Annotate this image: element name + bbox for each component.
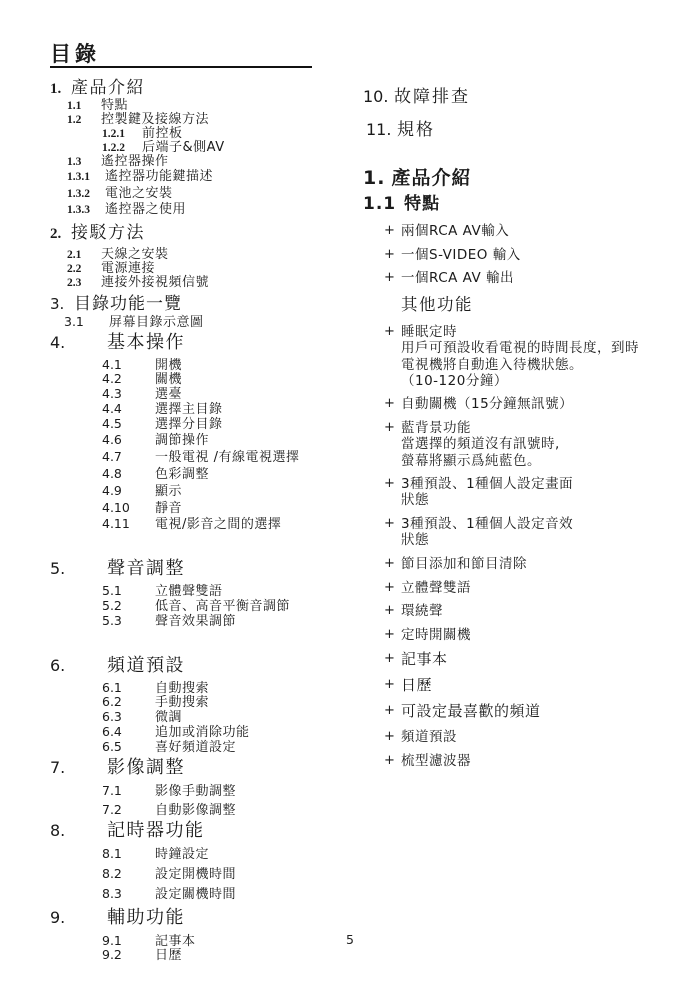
feature-text: 定時開關機 (401, 627, 471, 643)
subsection-heading: 1.1特點 (363, 193, 683, 215)
toc-item-label: 基本操作 (107, 331, 185, 354)
toc-item-number: 1. (50, 79, 71, 99)
toc-item-label: 特點 (101, 99, 128, 113)
toc-item-label: 開機 (155, 359, 182, 373)
toc-item-number: 11. (366, 119, 397, 141)
toc-item-number: 2. (50, 224, 71, 244)
toc-item-number: 6.4 (102, 725, 155, 739)
feature-text: 梳型濾波器 (401, 753, 471, 769)
toc-item-number: 8.1 (102, 847, 155, 861)
toc-item: 1.2.2 后端子&側AV (50, 141, 350, 155)
toc-item-number: 1.2.2 (102, 141, 142, 155)
toc-item-label: 輔助功能 (107, 906, 185, 929)
toc-item-number: 3. (50, 294, 74, 314)
toc-item: 6.1 自動搜索 (50, 681, 350, 696)
toc-item: 1.3.1 遙控器功能鍵描述 (50, 169, 350, 186)
feature-item: + 環繞聲 (363, 603, 683, 619)
toc-item-label: 選擇分目錄 (155, 418, 223, 432)
toc-item-number: 1.2.1 (102, 127, 142, 141)
toc-item: 5.2 低音、高音平衡音調節 (50, 599, 350, 614)
plus-bullet-icon: + (384, 580, 401, 596)
toc-item: 4.3 選臺 (50, 387, 350, 402)
feature-text: 藍背景功能 當選擇的頻道沒有訊號時, 螢幕將顯示爲純藍色。 (401, 420, 560, 469)
toc-item-number: 6.1 (102, 681, 155, 695)
toc-item-number: 4.10 (102, 501, 155, 515)
plus-bullet-icon: + (384, 729, 401, 745)
toc-item-label: 電視/影音之間的選擇 (155, 518, 281, 532)
toc-item: 4.5 選擇分目錄 (50, 417, 350, 432)
toc-item-label: 靜音 (155, 502, 182, 516)
toc-item-label: 選臺 (155, 388, 182, 402)
plus-bullet-icon: + (384, 247, 401, 263)
toc-item-number: 7.2 (102, 803, 155, 817)
plus-bullet-icon: + (384, 223, 401, 239)
toc-item: 4.8 色彩調整 (50, 467, 350, 482)
toc-item: 6.3 微調 (50, 710, 350, 725)
feature-text: 立體聲雙語 (401, 580, 471, 596)
section-heading: 1.產品介紹 (363, 166, 683, 190)
toc-item-number: 4.1 (102, 358, 155, 372)
feature-text: 可設定最喜歡的頻道 (401, 703, 541, 719)
toc-item-label: 頻道預設 (107, 654, 185, 677)
page-number: 5 (0, 932, 700, 947)
toc-item-number: 5.3 (102, 614, 155, 628)
toc-item-label: 色彩調整 (155, 468, 209, 482)
toc-item-label: 自動影像調整 (155, 804, 236, 818)
toc-item-label: 聲音調整 (107, 557, 185, 580)
toc-item-label: 影像調整 (107, 756, 185, 779)
toc-item-label: 連接外接視頻信號 (101, 276, 209, 290)
toc-item: 5.3 聲音效果調節 (50, 614, 350, 629)
toc-item: 6.4 追加或消除功能 (50, 725, 350, 740)
toc-item-label: 規格 (397, 119, 435, 141)
toc-item-number: 1.2 (67, 113, 101, 127)
toc-item: 4.9 顯示 (50, 484, 350, 499)
toc-item-number: 6.5 (102, 740, 155, 754)
toc-item-label: 設定開機時間 (155, 868, 236, 882)
toc-item: 10. 故障排查 (363, 86, 683, 108)
feature-item: + 節目添加和節目清除 (363, 556, 683, 572)
toc-item-label: 微調 (155, 711, 182, 725)
toc-item: 11. 規格 (363, 119, 683, 141)
toc-item-label: 設定關機時間 (155, 888, 236, 902)
toc-item: 5.1 立體聲雙語 (50, 584, 350, 599)
toc-item-number: 6.2 (102, 695, 155, 709)
section-number: 1. (363, 167, 385, 189)
feature-text: 自動關機（15分鐘無訊號） (401, 396, 573, 412)
toc-item-number: 6.3 (102, 710, 155, 724)
feature-item: + 頻道預設 (363, 729, 683, 745)
toc-item-number: 1.3.3 (67, 203, 105, 219)
feature-item: + 3種預設、1種個人設定音效 狀態 (363, 516, 683, 548)
toc-item-label: 聲音效果調節 (155, 615, 236, 629)
toc-item-number: 2.1 (67, 248, 101, 262)
toc-item-number: 5.1 (102, 584, 155, 598)
feature-text: 頻道預設 (401, 729, 457, 745)
plus-bullet-icon: + (384, 476, 401, 508)
feature-text: 環繞聲 (401, 603, 443, 619)
toc-item-label: 故障排查 (394, 86, 470, 108)
toc-item: 4.11 電視/影音之間的選擇 (50, 517, 350, 532)
feature-item: + 可設定最喜歡的頻道 (363, 703, 683, 719)
toc-item-label: 目錄功能一覽 (74, 294, 182, 314)
toc-item-label: 接駁方法 (71, 223, 145, 243)
feature-item: + 兩個RCA AV輸入 (363, 223, 683, 239)
section-title: 產品介紹 (391, 167, 471, 189)
toc-item-label: 選擇主目錄 (155, 403, 223, 417)
toc-item-label: 關機 (155, 373, 182, 387)
toc-item: 3. 目錄功能一覽 (50, 294, 350, 314)
toc-item-label: 遙控器功能鍵描述 (105, 169, 213, 185)
toc-item-label: 時鐘設定 (155, 848, 209, 862)
toc-item: 1.2 控製鍵及接線方法 (50, 113, 350, 127)
toc-item-number: 4.6 (102, 433, 155, 447)
toc-item-number: 4.8 (102, 467, 155, 481)
toc-item: 4.7 一般電視 /有線電視選擇 (50, 450, 350, 465)
feature-item: + 睡眠定時 用戶可預設收看電視的時間長度，到時 電視機將自動進入待機狀態。 （… (363, 324, 683, 389)
toc-item-number: 2.3 (67, 276, 101, 290)
toc-item-number: 10. (363, 86, 394, 108)
toc-item: 5. 聲音調整 (50, 557, 350, 580)
toc-item: 9.2 日歷 (50, 948, 350, 963)
feature-item: + 定時開關機 (363, 627, 683, 643)
plus-bullet-icon: + (384, 703, 401, 719)
plus-bullet-icon: + (384, 627, 401, 643)
toc-item: 4. 基本操作 (50, 331, 350, 354)
toc-item-number: 3.1 (64, 314, 109, 329)
toc-item: 6.5 喜好頻道設定 (50, 740, 350, 755)
toc-item-label: 控製鍵及接線方法 (101, 113, 209, 127)
feature-text: 一個S-VIDEO 輸入 (401, 247, 521, 263)
toc-item-label: 遙控器操作 (101, 155, 169, 169)
feature-text: 睡眠定時 用戶可預設收看電視的時間長度，到時 電視機將自動進入待機狀態。 （10… (401, 324, 639, 389)
other-functions-heading: 其他功能 (401, 294, 683, 316)
plus-bullet-icon: + (384, 651, 401, 667)
toc-item-label: 電源連接 (101, 262, 155, 276)
feature-text: 3種預設、1種個人設定畫面 狀態 (401, 476, 573, 508)
toc-item: 1. 產品介紹 (50, 78, 350, 99)
toc-item-number: 4.9 (102, 484, 155, 498)
toc-item-label: 低音、高音平衡音調節 (155, 600, 290, 614)
plus-bullet-icon: + (384, 603, 401, 619)
plus-bullet-icon: + (384, 677, 401, 693)
toc-item-label: 前控板 (142, 127, 183, 141)
toc-item: 9. 輔助功能 (50, 906, 350, 929)
toc-item: 8. 記時器功能 (50, 819, 350, 842)
plus-bullet-icon: + (384, 516, 401, 548)
plus-bullet-icon: + (384, 324, 401, 389)
toc-item-number: 6. (50, 654, 107, 677)
toc-item: 4.6 調節操作 (50, 433, 350, 448)
toc-item: 8.1 時鐘設定 (50, 847, 350, 862)
toc-item: 4.2 關機 (50, 372, 350, 387)
toc-item-label: 影像手動調整 (155, 785, 236, 799)
plus-bullet-icon: + (384, 753, 401, 769)
feature-item: + 立體聲雙語 (363, 580, 683, 596)
other-feature-list: + 睡眠定時 用戶可預設收看電視的時間長度，到時 電視機將自動進入待機狀態。 （… (363, 324, 683, 769)
toc-item-number: 5. (50, 557, 107, 580)
toc-item: 2.1 天線之安裝 (50, 248, 350, 262)
feature-text: 3種預設、1種個人設定音效 狀態 (401, 516, 573, 548)
toc-item-label: 立體聲雙語 (155, 585, 223, 599)
toc-left-column: 1. 產品介紹 1.1 特點 1.2 控製鍵及接線方法 1.2.1 前控板 1.… (50, 76, 350, 963)
toc-item: 1.3.3 遙控器之使用 (50, 202, 350, 219)
plus-bullet-icon: + (384, 270, 401, 286)
feature-item: + 一個RCA AV 輸出 (363, 270, 683, 286)
feature-item: + 3種預設、1種個人設定畫面 狀態 (363, 476, 683, 508)
toc-item-label: 手動搜索 (155, 696, 209, 710)
toc-item-number: 2.2 (67, 262, 101, 276)
feature-item: + 一個S-VIDEO 輸入 (363, 247, 683, 263)
toc-item: 8.3 設定關機時間 (50, 887, 350, 902)
feature-text: 兩個RCA AV輸入 (401, 223, 509, 239)
toc-item-number: 8.2 (102, 867, 155, 881)
toc-item-number: 4. (50, 331, 107, 354)
toc-item-number: 9. (50, 906, 107, 929)
toc-item-number: 8. (50, 819, 107, 842)
subsection-number: 1.1 (363, 194, 396, 214)
toc-right-rows: 10. 故障排查 11. 規格 (363, 86, 683, 141)
feature-item: + 記事本 (363, 651, 683, 667)
toc-item-label: 一般電視 /有線電視選擇 (155, 451, 300, 465)
feature-item: + 藍背景功能 當選擇的頻道沒有訊號時, 螢幕將顯示爲純藍色。 (363, 420, 683, 469)
toc-item: 2. 接駁方法 (50, 223, 350, 244)
toc-item: 4.4 選擇主目錄 (50, 402, 350, 417)
toc-item: 7.2 自動影像調整 (50, 803, 350, 818)
toc-item-label: 產品介紹 (71, 78, 145, 98)
toc-item-number: 1.3 (67, 155, 101, 169)
feature-text: 節目添加和節目清除 (401, 556, 527, 572)
toc-item: 6.2 手動搜索 (50, 695, 350, 710)
title-underline (50, 66, 312, 68)
feature-item: + 梳型濾波器 (363, 753, 683, 769)
toc-item-number: 4.7 (102, 450, 155, 464)
toc-item-label: 記時器功能 (107, 819, 205, 842)
toc-item-label: 電池之安裝 (105, 186, 173, 202)
toc-item-number: 5.2 (102, 599, 155, 613)
toc-item: 4.10 靜音 (50, 501, 350, 516)
toc-item-label: 后端子&側AV (142, 141, 225, 155)
toc-item-label: 天線之安裝 (101, 248, 169, 262)
toc-item-number: 8.3 (102, 887, 155, 901)
toc-item-number: 4.2 (102, 372, 155, 386)
toc-item-label: 自動搜索 (155, 682, 209, 696)
toc-item-number: 7.1 (102, 784, 155, 798)
toc-item: 2.2 電源連接 (50, 262, 350, 276)
plus-bullet-icon: + (384, 420, 401, 469)
right-column: 10. 故障排查 11. 規格 1.產品介紹 1.1特點 + 兩個RCA AV輸… (363, 86, 683, 777)
plus-bullet-icon: + (384, 396, 401, 412)
toc-item-label: 追加或消除功能 (155, 726, 250, 740)
subsection-title: 特點 (404, 194, 440, 214)
toc-item: 7. 影像調整 (50, 756, 350, 779)
feature-text: 日歷 (401, 677, 432, 693)
toc-item-label: 遙控器之使用 (105, 202, 186, 218)
toc-item-number: 4.11 (102, 517, 155, 531)
toc-item: 1.1 特點 (50, 99, 350, 113)
toc-item: 7.1 影像手動調整 (50, 784, 350, 799)
toc-item: 6. 頻道預設 (50, 654, 350, 677)
plus-bullet-icon: + (384, 556, 401, 572)
manual-toc-page: { "page": { "title": "目錄", "page_number"… (0, 0, 700, 994)
feature-item: + 日歷 (363, 677, 683, 693)
toc-item: 1.3.2 電池之安裝 (50, 186, 350, 203)
feature-text: 一個RCA AV 輸出 (401, 270, 514, 286)
toc-item-number: 9.2 (102, 948, 155, 962)
toc-item-number: 1.1 (67, 99, 101, 113)
toc-item: 1.2.1 前控板 (50, 127, 350, 141)
feature-list: + 兩個RCA AV輸入 + 一個S-VIDEO 輸入 + 一個RCA AV 輸… (363, 223, 683, 287)
page-title: 目錄 (50, 38, 100, 68)
feature-item: + 自動關機（15分鐘無訊號） (363, 396, 683, 412)
toc-item-label: 調節操作 (155, 434, 209, 448)
toc-item-number: 7. (50, 756, 107, 779)
toc-item-label: 日歷 (155, 949, 182, 963)
toc-item-number: 4.3 (102, 387, 155, 401)
toc-item: 3.1 屏幕目錄示意圖 (50, 314, 350, 330)
toc-item-label: 屏幕目錄示意圖 (109, 315, 204, 330)
toc-item-label: 喜好頻道設定 (155, 741, 236, 755)
toc-item-number: 1.3.2 (67, 187, 105, 203)
toc-item: 1.3 遙控器操作 (50, 155, 350, 169)
toc-item: 8.2 設定開機時間 (50, 867, 350, 882)
feature-text: 記事本 (401, 651, 448, 667)
toc-item-number: 4.4 (102, 402, 155, 416)
toc-item: 4.1 開機 (50, 358, 350, 373)
toc-item-number: 1.3.1 (67, 170, 105, 186)
toc-item-label: 顯示 (155, 485, 182, 499)
toc-item: 2.3 連接外接視頻信號 (50, 276, 350, 290)
toc-item-number: 4.5 (102, 417, 155, 431)
